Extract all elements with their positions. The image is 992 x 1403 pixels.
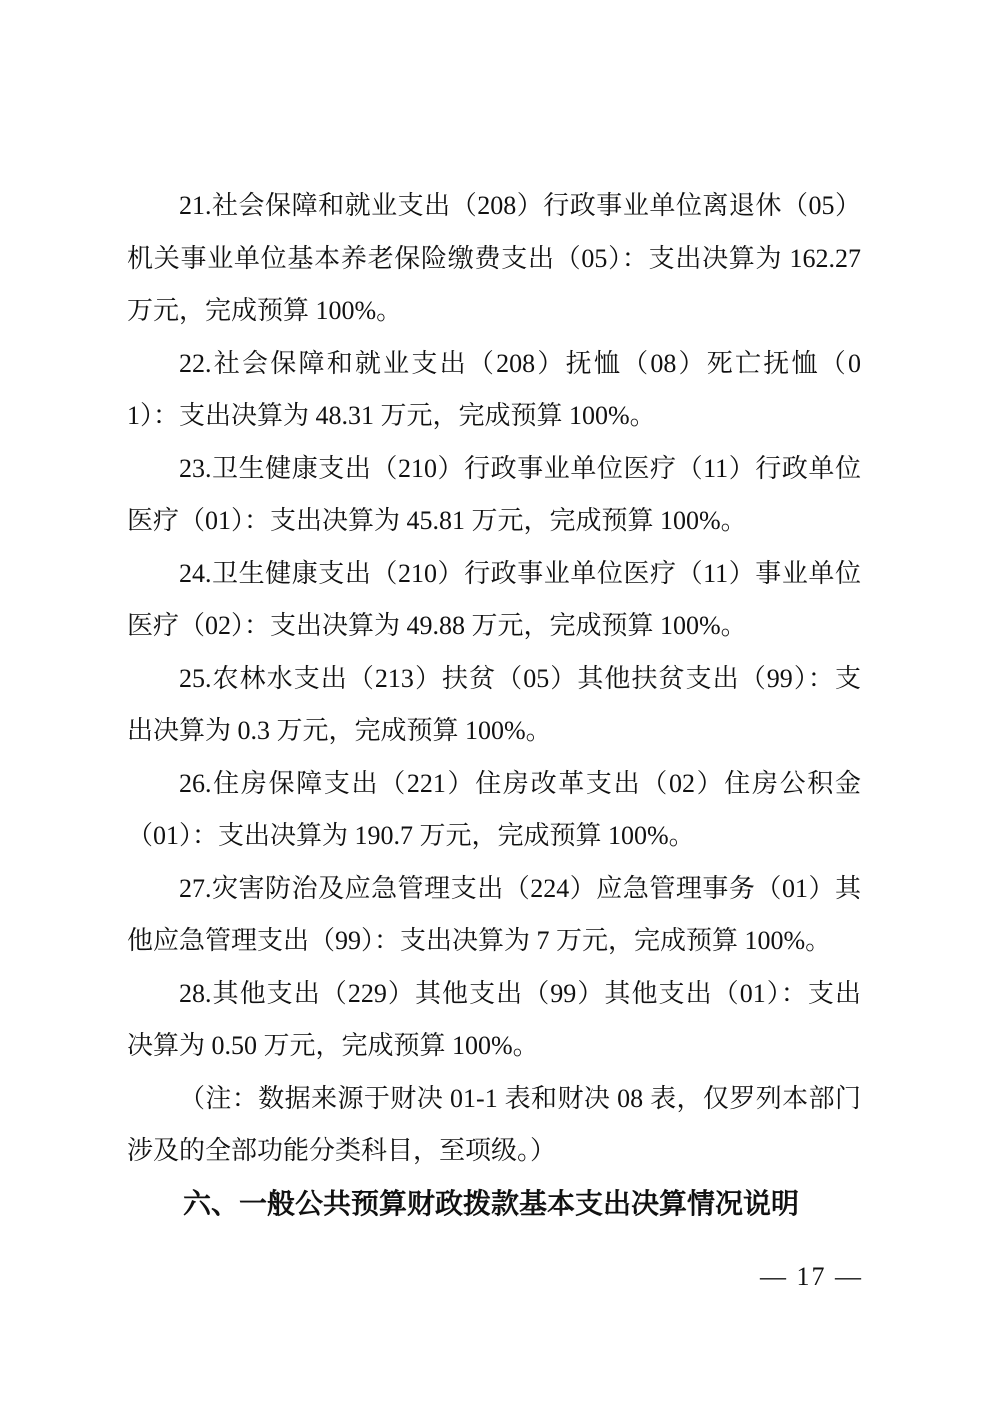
budget-item-25: 25.农林水支出（213）扶贫（05）其他扶贫支出（99）：支出决算为 0.3 … [127, 653, 861, 758]
budget-item-22: 22.社会保障和就业支出（208）抚恤（08）死亡抚恤（01）：支出决算为 48… [127, 338, 861, 443]
budget-item-24: 24.卫生健康支出（210）行政事业单位医疗（11）事业单位医疗（02）：支出决… [127, 548, 861, 653]
budget-item-28: 28.其他支出（229）其他支出（99）其他支出（01）：支出决算为 0.50 … [127, 968, 861, 1073]
note-paragraph: （注：数据来源于财决 01-1 表和财决 08 表，仅罗列本部门涉及的全部功能分… [127, 1073, 861, 1178]
budget-item-23: 23.卫生健康支出（210）行政事业单位医疗（11）行政单位医疗（01）：支出决… [127, 443, 861, 548]
document-body: 21.社会保障和就业支出（208）行政事业单位离退休（05）机关事业单位基本养老… [127, 180, 861, 1230]
section-heading: 六、一般公共预算财政拨款基本支出决算情况说明 [127, 1178, 861, 1231]
document-page: 21.社会保障和就业支出（208）行政事业单位离退休（05）机关事业单位基本养老… [0, 0, 992, 1403]
budget-item-27: 27.灾害防治及应急管理支出（224）应急管理事务（01）其他应急管理支出（99… [127, 863, 861, 968]
budget-item-26: 26.住房保障支出（221）住房改革支出（02）住房公积金（01）：支出决算为 … [127, 758, 861, 863]
budget-item-21: 21.社会保障和就业支出（208）行政事业单位离退休（05）机关事业单位基本养老… [127, 180, 861, 338]
page-number: — 17 — [760, 1260, 863, 1294]
